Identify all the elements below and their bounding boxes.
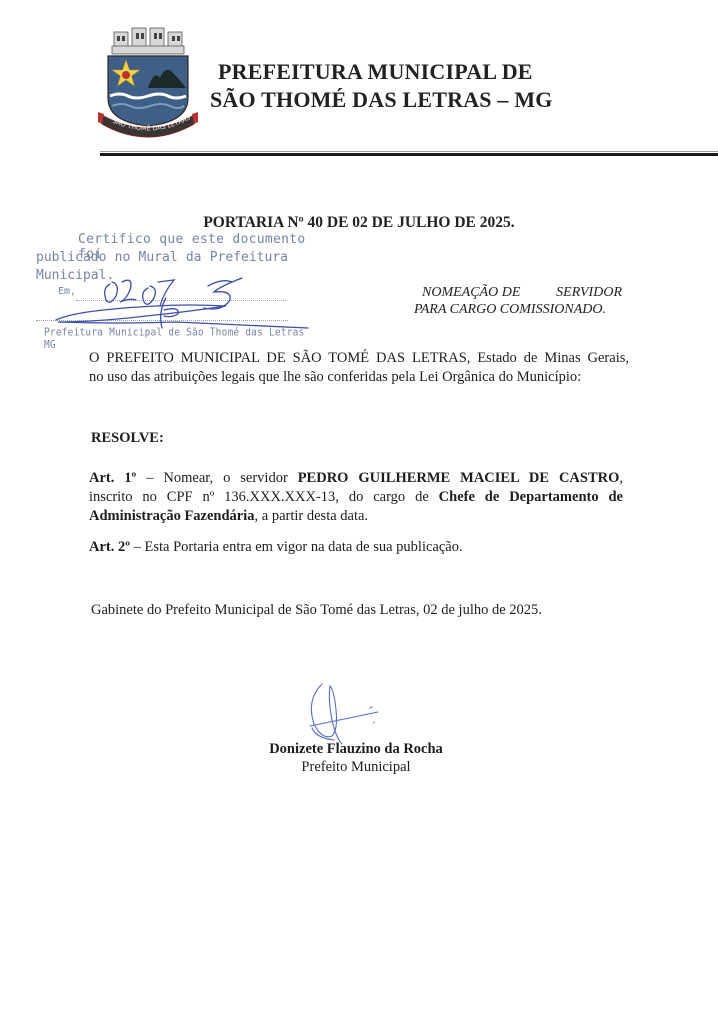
signatory-role: Prefeito Municipal xyxy=(0,758,718,777)
appointee-name: PEDRO GUILHERME MACIEL DE CASTRO xyxy=(298,470,620,486)
ementa-line2: PARA CARGO COMISSIONADO. xyxy=(414,301,622,318)
handwritten-date-icon xyxy=(36,232,326,348)
header-title-line1: PREFEITURA MUNICIPAL DE xyxy=(210,58,570,86)
position-title: Chefe de Departamento de xyxy=(439,489,623,505)
document-title-text: PORTARIA Nº 40 DE 02 DE JULHO DE 2025. xyxy=(203,214,514,231)
header-title-line2: SÃO THOMÉ DAS LETRAS – MG xyxy=(210,86,570,114)
article-2-text: – Esta Portaria entra em vigor na data d… xyxy=(130,539,463,555)
ementa-text: NOMEAÇÃO DE xyxy=(422,284,520,301)
article-1-text: , a partir desta data. xyxy=(255,508,369,524)
preamble-line2: no uso das atribuições legais que lhe sã… xyxy=(89,369,581,385)
preamble: O PREFEITO MUNICIPAL DE SÃO TOMÉ DAS LET… xyxy=(89,349,629,387)
signatory-name: Donizete Flauzino da Rocha xyxy=(0,740,718,759)
article-1-line3: Administração Fazendária, a partir desta… xyxy=(89,508,368,524)
closing-place-date: Gabinete do Prefeito Municipal de São To… xyxy=(91,601,542,620)
article-1-line1: Art. 1º – Nomear, o servidor PEDRO GUILH… xyxy=(89,469,623,488)
position-title: Administração Fazendária xyxy=(89,508,255,524)
article-1-line2: inscrito no CPF nº 136.XXX.XXX-13, do ca… xyxy=(89,488,623,507)
resolve-heading: RESOLVE: xyxy=(91,430,164,447)
ementa-line1: NOMEAÇÃO DE SERVIDOR xyxy=(414,284,622,301)
article-1-text: inscrito no CPF nº 136.XXX.XXX-13, do ca… xyxy=(89,489,439,505)
article-2: Art. 2º – Esta Portaria entra em vigor n… xyxy=(89,538,463,557)
ementa-text: SERVIDOR xyxy=(556,284,622,301)
municipal-coat-of-arms-icon: SÃO THOMÉ DAS LETRAS xyxy=(98,26,198,138)
signatory-name-text: Donizete Flauzino da Rocha xyxy=(269,741,443,757)
article-1-text: , xyxy=(619,470,623,486)
article-2-label: Art. 2º xyxy=(89,539,130,555)
preamble-line1: O PREFEITO MUNICIPAL DE SÃO TOMÉ DAS LET… xyxy=(89,349,629,368)
article-1-text: – Nomear, o servidor xyxy=(136,470,297,486)
article-1-label: Art. 1º xyxy=(89,470,136,486)
ementa: NOMEAÇÃO DE SERVIDOR PARA CARGO COMISSIO… xyxy=(414,284,622,318)
publication-stamp: Certifico que este documento foi publica… xyxy=(36,232,321,348)
article-1: Art. 1º – Nomear, o servidor PEDRO GUILH… xyxy=(89,469,623,526)
signatory-role-text: Prefeito Municipal xyxy=(301,759,410,775)
document-title: PORTARIA Nº 40 DE 02 DE JULHO DE 2025. xyxy=(0,214,718,232)
header-divider xyxy=(100,151,718,156)
header-title: PREFEITURA MUNICIPAL DE SÃO THOMÉ DAS LE… xyxy=(210,58,570,114)
